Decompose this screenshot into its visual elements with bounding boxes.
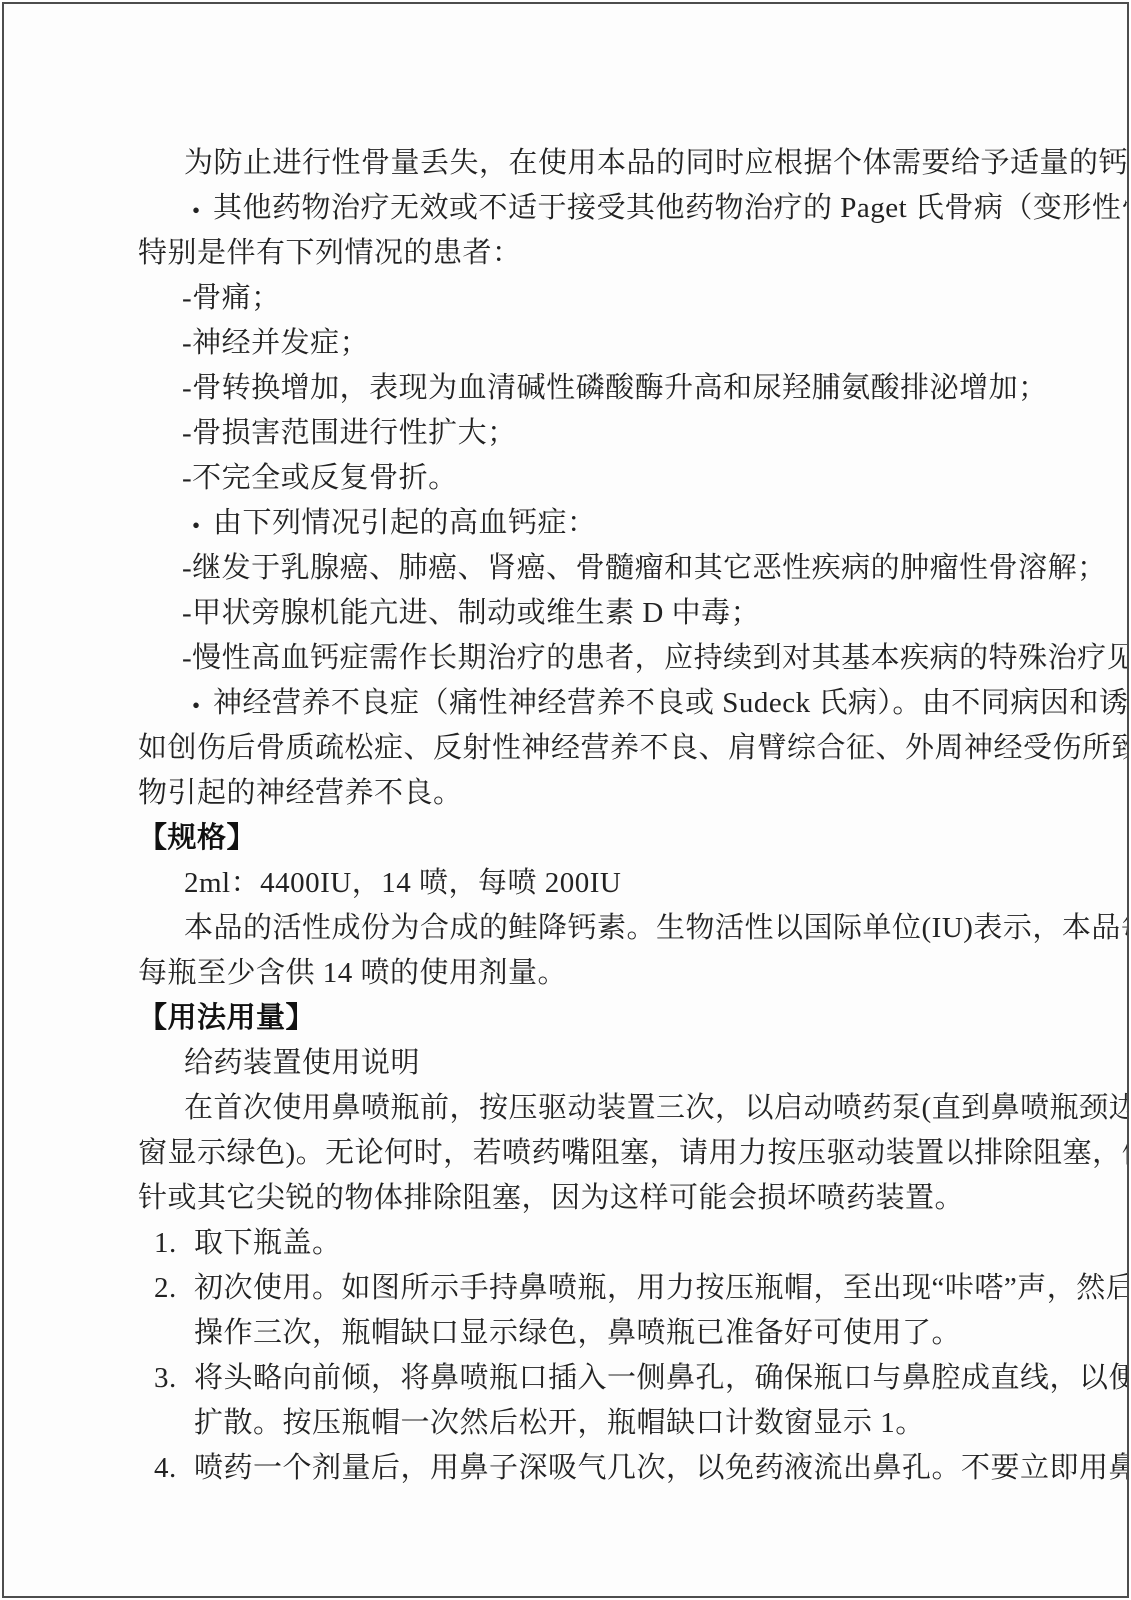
numbered-step-line: 4.喷药一个剂量后，用鼻子深吸气几次，以免药液流出鼻孔。不要立即用鼻孔呼气。 [138, 1446, 1043, 1491]
dash-item-line: -骨转换增加，表现为血清碱性磷酸酶升高和尿羟脯氨酸排泌增加； [138, 366, 1043, 411]
line-text: -神经并发症； [182, 327, 369, 359]
line-text: 特别是伴有下列情况的患者： [138, 237, 522, 269]
document-body: 为防止进行性骨量丢失，在使用本品的同时应根据个体需要给予适量的钙和维生素 D。 … [138, 141, 1043, 1491]
paragraph-line: 给药装置使用说明 [138, 1041, 1043, 1086]
paragraph-line: 如创伤后骨质疏松症、反射性神经营养不良、肩臂综合征、外周神经受伤所致的灼痛、药 [138, 726, 1043, 771]
line-text: 喷药一个剂量后，用鼻子深吸气几次，以免药液流出鼻孔。不要立即用鼻孔呼气。 [194, 1452, 1129, 1484]
line-text: 窗显示绿色)。无论何时，若喷药嘴阻塞，请用力按压驱动装置以排除阻塞，但千万不要用 [138, 1137, 1129, 1169]
step-number: 1. [154, 1221, 194, 1266]
paragraph-line: 在首次使用鼻喷瓶前，按压驱动装置三次，以启动喷药泵(直到鼻喷瓶颈边缺口的计数 [138, 1086, 1043, 1131]
step-number: 2. [154, 1266, 194, 1311]
dash-item-line: -慢性高血钙症需作长期治疗的患者，应持续到对其基本疾病的特殊治疗见效为止。 [138, 636, 1043, 681]
dash-item-line: -骨损害范围进行性扩大； [138, 411, 1043, 456]
line-text: 在首次使用鼻喷瓶前，按压驱动装置三次，以启动喷药泵(直到鼻喷瓶颈边缺口的计数 [184, 1092, 1129, 1124]
paragraph-line: 每瓶至少含供 14 喷的使用剂量。 [138, 951, 1043, 996]
line-text: 物引起的神经营养不良。 [138, 777, 463, 809]
paragraph-line: 2ml：4400IU，14 喷，每喷 200IU [138, 861, 1043, 906]
line-text: 初次使用。如图所示手持鼻喷瓶，用力按压瓶帽，至出现“咔嗒”声，然后放松。重复 [194, 1272, 1129, 1304]
dash-item-line: -神经并发症； [138, 321, 1043, 366]
line-text: -骨痛； [182, 282, 281, 314]
line-text: 【用法用量】 [138, 1002, 315, 1034]
line-text: 取下瓶盖。 [194, 1227, 342, 1259]
dash-item-line: -骨痛； [138, 276, 1043, 321]
section-heading-usage: 【用法用量】 [138, 996, 1043, 1041]
line-text: 如创伤后骨质疏松症、反射性神经营养不良、肩臂综合征、外周神经受伤所致的灼痛、药 [138, 732, 1129, 764]
line-text: 2ml：4400IU，14 喷，每喷 200IU [184, 867, 621, 899]
bullet-line: •由下列情况引起的高血钙症： [138, 501, 1043, 546]
numbered-step-line: 3.将头略向前倾，将鼻喷瓶口插入一侧鼻孔，确保瓶口与鼻腔成直线，以便鼻喷剂充分 [138, 1356, 1043, 1401]
bullet-marker: • [192, 683, 213, 728]
line-text: 扩散。按压瓶帽一次然后松开，瓶帽缺口计数窗显示 1。 [194, 1407, 925, 1439]
bullet-line: •神经营养不良症（痛性神经营养不良或 Sudeck 氏病）。由不同病因和诱因所致… [138, 681, 1043, 726]
line-text: -慢性高血钙症需作长期治疗的患者，应持续到对其基本疾病的特殊治疗见效为止。 [182, 642, 1129, 674]
dash-item-line: -甲状旁腺机能亢进、制动或维生素 D 中毒； [138, 591, 1043, 636]
paragraph-line: 窗显示绿色)。无论何时，若喷药嘴阻塞，请用力按压驱动装置以排除阻塞，但千万不要用 [138, 1131, 1043, 1176]
line-text: 为防止进行性骨量丢失，在使用本品的同时应根据个体需要给予适量的钙和维生素 D。 [184, 147, 1129, 179]
line-text: -骨损害范围进行性扩大； [182, 417, 517, 449]
line-text: -骨转换增加，表现为血清碱性磷酸酶升高和尿羟脯氨酸排泌增加； [182, 372, 1048, 404]
bullet-line: •其他药物治疗无效或不适于接受其他药物治疗的 Paget 氏骨病（变形性骨炎）患… [138, 186, 1043, 231]
line-text: -甲状旁腺机能亢进、制动或维生素 D 中毒； [182, 597, 760, 629]
dash-item-line: -不完全或反复骨折。 [138, 456, 1043, 501]
paragraph-line: 本品的活性成份为合成的鲑降钙素。生物活性以国际单位(IU)表示，本品每喷 200… [138, 906, 1043, 951]
paragraph-line: 特别是伴有下列情况的患者： [138, 231, 1043, 276]
line-text: 给药装置使用说明 [184, 1047, 420, 1079]
step-number: 4. [154, 1446, 194, 1491]
line-text: 每瓶至少含供 14 喷的使用剂量。 [138, 957, 567, 989]
dash-item-line: -继发于乳腺癌、肺癌、肾癌、骨髓瘤和其它恶性疾病的肿瘤性骨溶解； [138, 546, 1043, 591]
numbered-step-line: 2.初次使用。如图所示手持鼻喷瓶，用力按压瓶帽，至出现“咔嗒”声，然后放松。重复 [138, 1266, 1043, 1311]
section-heading-spec: 【规格】 [138, 816, 1043, 861]
step-number: 3. [154, 1356, 194, 1401]
line-text: -不完全或反复骨折。 [182, 462, 458, 494]
document-page: 为防止进行性骨量丢失，在使用本品的同时应根据个体需要给予适量的钙和维生素 D。 … [2, 2, 1129, 1598]
line-text: -继发于乳腺癌、肺癌、肾癌、骨髓瘤和其它恶性疾病的肿瘤性骨溶解； [182, 552, 1107, 584]
line-text: 针或其它尖锐的物体排除阻塞，因为这样可能会损坏喷药装置。 [138, 1182, 964, 1214]
line-text: 操作三次，瓶帽缺口显示绿色，鼻喷瓶已准备好可使用了。 [194, 1317, 961, 1349]
line-text: 将头略向前倾，将鼻喷瓶口插入一侧鼻孔，确保瓶口与鼻腔成直线，以便鼻喷剂充分 [194, 1362, 1129, 1394]
line-text: 由下列情况引起的高血钙症： [213, 507, 597, 539]
bullet-marker: • [192, 503, 213, 548]
line-text: 【规格】 [138, 822, 256, 854]
numbered-step-continuation: 操作三次，瓶帽缺口显示绿色，鼻喷瓶已准备好可使用了。 [138, 1311, 1043, 1356]
paragraph-line: 物引起的神经营养不良。 [138, 771, 1043, 816]
numbered-step-continuation: 扩散。按压瓶帽一次然后松开，瓶帽缺口计数窗显示 1。 [138, 1401, 1043, 1446]
bullet-marker: • [192, 188, 213, 233]
line-text: 神经营养不良症（痛性神经营养不良或 Sudeck 氏病）。由不同病因和诱因所致，… [213, 687, 1129, 719]
numbered-step-line: 1.取下瓶盖。 [138, 1221, 1043, 1266]
line-text: 本品的活性成份为合成的鲑降钙素。生物活性以国际单位(IU)表示，本品每喷 200… [184, 912, 1129, 944]
paragraph-line: 为防止进行性骨量丢失，在使用本品的同时应根据个体需要给予适量的钙和维生素 D。 [138, 141, 1043, 186]
paragraph-line: 针或其它尖锐的物体排除阻塞，因为这样可能会损坏喷药装置。 [138, 1176, 1043, 1221]
line-text: 其他药物治疗无效或不适于接受其他药物治疗的 Paget 氏骨病（变形性骨炎）患者 [213, 192, 1129, 224]
